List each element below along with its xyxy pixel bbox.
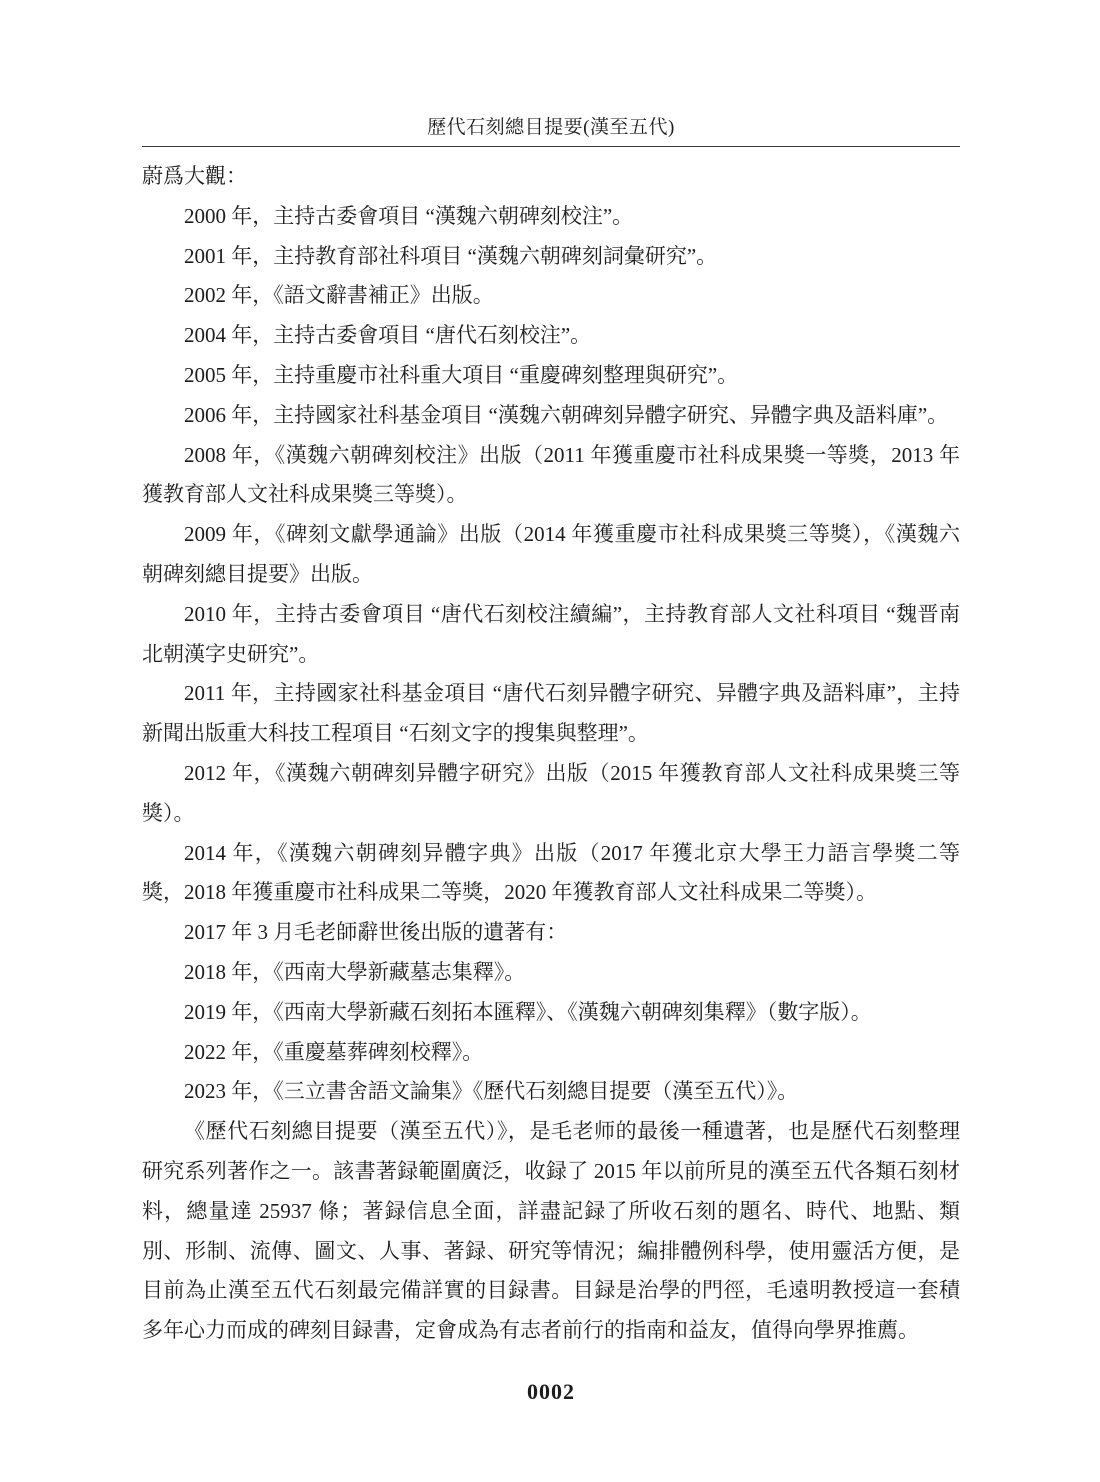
running-header-title: 歷代石刻總目提要(漢至五代) bbox=[427, 117, 675, 138]
chronology-entry-2011: 2011 年，主持國家社科基金項目 “唐代石刻异體字研究、异體字典及語料庫”，主… bbox=[142, 674, 960, 754]
chronology-entry-2004: 2004 年，主持古委會項目 “唐代石刻校注”。 bbox=[142, 316, 960, 356]
chronology-entry-2023: 2023 年，《三立書舍語文論集》《歷代石刻總目提要（漢至五代）》。 bbox=[142, 1072, 960, 1112]
book-page: 歷代石刻總目提要(漢至五代) 蔚爲大觀： 2000 年，主持古委會項目 “漢魏六… bbox=[0, 0, 1100, 1482]
chronology-entry-2012: 2012 年，《漢魏六朝碑刻异體字研究》出版（2015 年獲教育部人文社科成果獎… bbox=[142, 754, 960, 834]
chronology-entry-2009: 2009 年，《碑刻文獻學通論》出版（2014 年獲重慶市社科成果獎三等獎），《… bbox=[142, 515, 960, 595]
chronology-entry-2001: 2001 年，主持教育部社科項目 “漢魏六朝碑刻詞彙研究”。 bbox=[142, 237, 960, 277]
chronology-entry-2008: 2008 年，《漢魏六朝碑刻校注》出版（2011 年獲重慶市社科成果獎一等獎，2… bbox=[142, 436, 960, 516]
page-number: 0002 bbox=[142, 1372, 960, 1412]
chronology-entry-2006: 2006 年，主持國家社科基金項目 “漢魏六朝碑刻异體字研究、异體字典及語料庫”… bbox=[142, 396, 960, 436]
chronology-entry-2005: 2005 年，主持重慶市社科重大項目 “重慶碑刻整理與研究”。 bbox=[142, 356, 960, 396]
chronology-entry-2019: 2019 年，《西南大學新藏石刻拓本匯釋》、《漢魏六朝碑刻集釋》（數字版）。 bbox=[142, 993, 960, 1033]
opening-line: 蔚爲大觀： bbox=[142, 157, 960, 197]
chronology-entry-2014: 2014 年，《漢魏六朝碑刻异體字典》出版（2017 年獲北京大學王力語言學獎二… bbox=[142, 834, 960, 914]
closing-paragraph: 《歷代石刻總目提要（漢至五代）》，是毛老师的最後一種遺著，也是歷代石刻整理研究系… bbox=[142, 1112, 960, 1351]
chronology-entry-2018: 2018 年，《西南大學新藏墓志集釋》。 bbox=[142, 953, 960, 993]
chronology-entry-2022: 2022 年，《重慶墓葬碑刻校釋》。 bbox=[142, 1033, 960, 1073]
running-header: 歷代石刻總目提要(漢至五代) bbox=[142, 117, 960, 147]
chronology-entry-2000: 2000 年，主持古委會項目 “漢魏六朝碑刻校注”。 bbox=[142, 197, 960, 237]
page-body: 蔚爲大觀： 2000 年，主持古委會項目 “漢魏六朝碑刻校注”。 2001 年，… bbox=[142, 157, 960, 1351]
chronology-entry-2017: 2017 年 3 月毛老師辭世後出版的遺著有： bbox=[142, 913, 960, 953]
chronology-entry-2010: 2010 年，主持古委會項目 “唐代石刻校注續編”，主持教育部人文社科項目 “魏… bbox=[142, 595, 960, 675]
chronology-entry-2002: 2002 年，《語文辭書補正》出版。 bbox=[142, 276, 960, 316]
